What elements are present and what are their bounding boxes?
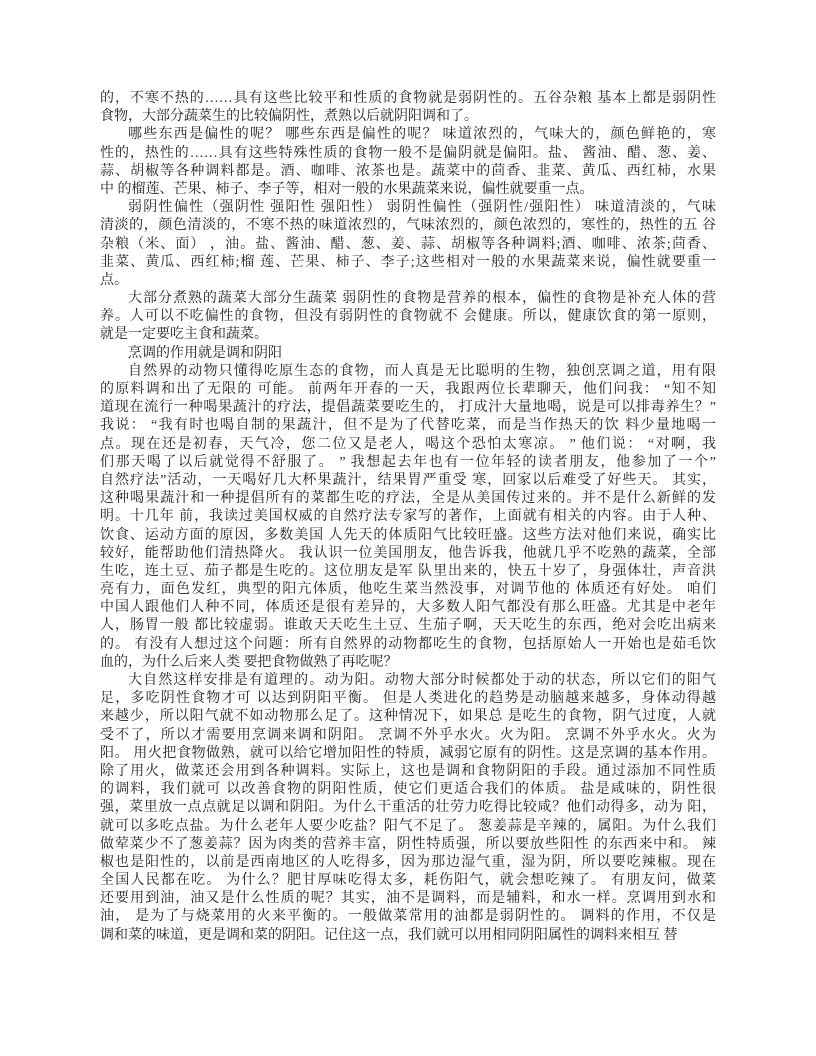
text-line: 就可以多吃点盐。为什么老年人要少吃盐？阳气不足了。 葱姜蒜是辛辣的，属阳。为什么… [100,818,716,836]
text-line: 性的，热性的……具有这些特殊性质的食物一般不是偏阴就是偏阳。盐、 酱油、醋、葱、… [100,145,716,163]
text-line: 来越少，所以阳气就不如动物那么足了。这种情况下，如果总 是吃生的食物，阴气过度，… [100,708,716,726]
text-line: 中国人跟他们人种不同，体质还是很有差异的，大多数人阳气都没有那么旺盛。尤其是中老… [100,599,716,617]
text-line: 做荤菜少不了葱姜蒜？因为肉类的营养丰富，阴性特质强，所以要放些阳性 的东西来中和… [100,836,716,854]
text-line: 全国人民都在吃。 为什么？肥甘厚味吃得太多，耗伤阳气，就会想吃辣了。 有朋友问，… [100,872,716,890]
text-line: 蒜、胡椒等各种调料都是。酒、咖啡、浓茶也是。蔬菜中的茴香、韭菜、黄瓜、西红柿，水… [100,163,716,181]
text-line: 的。 有没有人想过这个问题：所有自然界的动物都吃生的食物，包括原始人一开始也是茹… [100,636,716,654]
text-line: 足，多吃阴性食物才可 以达到阴阳平衡。 但是人类进化的趋势是动脑越来越多，身体动… [100,690,716,708]
document-text-block: 的，不寒不热的……具有这些比较平和性质的食物就是弱阴性的。五谷杂粮 基本上都是弱… [100,90,716,945]
text-line: 杂粮（米、面） ，油。盐、酱油、醋、葱、姜、蒜、胡椒等各种调料;酒、咖啡、浓茶;… [100,236,716,254]
text-line: 受不了，所以才需要用烹调来调和阴阳。 烹调不外乎水火。火为阳。 烹调不外乎水火。… [100,727,716,745]
document-page: 的，不寒不热的……具有这些比较平和性质的食物就是弱阴性的。五谷杂粮 基本上都是弱… [0,0,816,1056]
text-line: 强，菜里放一点点就足以调和阴阳。为什么干重活的壮劳力吃得比较咸？他们动得多，动为… [100,799,716,817]
text-line: 还要用到油，油又是什么性质的呢？其实，油不是调料，而是辅料，和水一样。烹调用到水… [100,890,716,908]
text-line: 食物，大部分蔬菜生的比较偏阴性，煮熟以后就阴阳调和了。 [100,108,716,126]
text-line: 的原料调和出了无限的 可能。 前两年开春的一天，我跟两位长辈聊天，他们问我： “… [100,381,716,399]
text-line: 亮有力，面色发红，典型的阳亢体质，他吃生菜当然没事，对调节他的 体质还有好处。 … [100,581,716,599]
text-line: 除了用火，做菜还会用到各种调料。实际上，这也是调和食物阴阳的手段。通过添加不同性… [100,763,716,781]
text-line: 道现在流行一种喝果蔬汁的疗法，提倡蔬菜要吃生的， 打成汁大量地喝，说是可以排毒养… [100,399,716,417]
text-line: 我说： “我有时也喝自制的果蔬汁，但不是为了代替吃菜，而是当作热天的饮 料少量地… [100,417,716,435]
text-line: 大自然这样安排是有道理的。动为阳。动物大部分时候都处于动的状态，所以它们的阳气 [100,672,716,690]
text-line: 中 的榴莲、芒果、柿子、李子等，相对一般的水果蔬菜来说，偏性就要重一点。 [100,181,716,199]
text-line: 血的，为什么后来人类 要把食物做熟了再吃呢？ [100,654,716,672]
text-line: 调和菜的味道，更是调和菜的阴阳。记住这一点，我们就可以用相同阴阳属性的调料来相互… [100,927,716,945]
text-line: 烹调的作用就是调和阴阳 [100,345,716,363]
text-line: 养。人可以不吃偏性的食物，但没有弱阴性的食物就不 会健康。所以，健康饮食的第一原… [100,308,716,326]
text-line: 哪些东西是偏性的呢？ 哪些东西是偏性的呢？ 味道浓烈的，气味大的，颜色鲜艳的，寒 [100,126,716,144]
text-line: 大部分煮熟的蔬菜大部分生蔬菜 弱阴性的食物是营养的根本，偏性的食物是补充人体的营 [100,290,716,308]
text-line: 点。现在还是初春，天气冷，您二位又是老人，喝这个恐怕太寒凉。 ” 他们说： “对… [100,436,716,454]
text-line: 人，肠胃一般 都比较虚弱。谁敢天天吃生土豆、生茄子啊，天天吃生的东西，绝对会吃出… [100,617,716,635]
text-line: 们那天喝了以后就觉得不舒服了。 ” 我想起去年也有一位年轻的读者朋友，他参加了一… [100,454,716,472]
text-line: 自然疗法”活动，一天喝好几大杯果蔬汁，结果胃严重受 寒，回家以后难受了好些天。 … [100,472,716,490]
text-line: 饮食、运动方面的原因，多数美国 人先天的体质阳气比较旺盛。这些方法对他们来说，确… [100,527,716,545]
text-line: 自然界的动物只懂得吃原生态的食物，而人真是无比聪明的生物，独创烹调之道，用有限 [100,363,716,381]
text-line: 明。十几年 前，我读过美国权威的自然疗法专家写的著作，上面就有相关的内容。由于人… [100,508,716,526]
text-line: 弱阴性偏性（强阴性 强阳性 强阳性） 弱阴性偏性（强阴性/强阳性） 味道清淡的，… [100,199,716,217]
text-line: 较好，能帮助他们清热降火。 我认识一位美国朋友，他告诉我，他就几乎不吃熟的蔬菜，… [100,545,716,563]
text-line: 就是一定要吃主食和蔬菜。 [100,326,716,344]
text-line: 阳。 用火把食物做熟，就可以给它增加阳性的特质，减弱它原有的阴性。这是烹调的基本… [100,745,716,763]
text-line: 清淡的，颜色清淡的，不寒不热的味道浓烈的，气味浓烈的，颜色浓烈的，寒性的，热性的… [100,217,716,235]
text-line: 油， 是为了与烧菜用的火来平衡的。一般做菜常用的油都是弱阴性的。 调料的作用，不… [100,908,716,926]
text-line: 椒也是阳性的，以前是西南地区的人吃得多，因为那边湿气重，湿为阴，所以要吃辣椒。现… [100,854,716,872]
text-line: 的，不寒不热的……具有这些比较平和性质的食物就是弱阴性的。五谷杂粮 基本上都是弱… [100,90,716,108]
text-line: 点。 [100,272,716,290]
text-line: 生吃，连土豆、茄子都是生吃的。这位朋友是军 队里出来的，快五十岁了，身强体壮，声… [100,563,716,581]
text-line: 的调料，我们就可 以改善食物的阴阳性质，使它们更适合我们的体质。 盐是咸味的，阴… [100,781,716,799]
text-line: 这种喝果蔬汁和一种提倡所有的菜都生吃的疗法，全是从美国传过来的。并不是什么新鲜的… [100,490,716,508]
text-line: 韭菜、黄瓜、西红柿;榴 莲、芒果、柿子、李子;这些相对一般的水果蔬菜来说，偏性就… [100,254,716,272]
